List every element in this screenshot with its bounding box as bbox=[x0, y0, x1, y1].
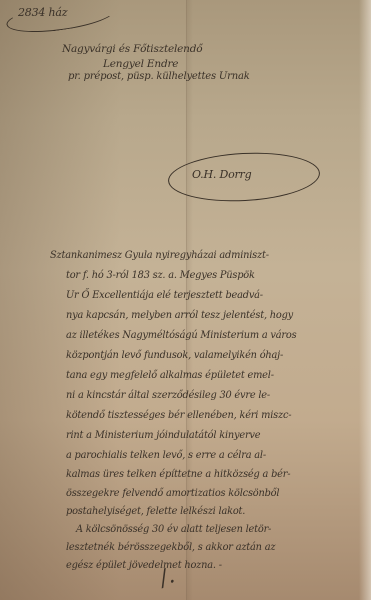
paper-edge bbox=[359, 0, 371, 600]
signature-stamp: O.H. Dorrg bbox=[192, 168, 251, 181]
body-line: egész épület jövedelmet hozna. - bbox=[66, 560, 222, 571]
address-line-2: Lengyel Endre bbox=[103, 58, 178, 70]
body-line: tana egy megfelelő alkalmas épületet eme… bbox=[66, 370, 274, 381]
body-line: központján levő fundusok, valamelyikén ó… bbox=[66, 350, 283, 361]
body-line: kötendő tisztességes bér ellenében, kéri… bbox=[66, 410, 291, 421]
address-line-1: Nagyvárgi és Főtisztelendő bbox=[62, 43, 202, 55]
body-line: rint a Ministerium jóindulatától kinyerv… bbox=[66, 430, 260, 441]
reference-number: 2834 ház bbox=[18, 6, 67, 19]
body-line: postahelyiséget, felette lelkészi lakot. bbox=[66, 506, 245, 517]
body-line: A kölcsönösség 30 év alatt teljesen letö… bbox=[76, 524, 271, 535]
body-line: tor f. hó 3-ról 183 sz. a. Megyes Püspök bbox=[66, 270, 255, 281]
address-line-3: pr. prépost, püsp. külhelyettes Urnak bbox=[68, 71, 250, 82]
body-line: a parochialis telken levő, s erre a célr… bbox=[66, 450, 266, 461]
body-line: Ur Ő Excellentiája elé terjesztett beadv… bbox=[66, 290, 263, 301]
body-line: az illetékes Nagyméltóságú Ministerium a… bbox=[66, 330, 296, 341]
document-page: 2834 ház Nagyvárgi és Főtisztelendő Leng… bbox=[0, 0, 371, 600]
body-line: nya kapcsán, melyben arról tesz jelentés… bbox=[66, 310, 293, 321]
body-line: Sztankanimesz Gyula nyiregyházai adminis… bbox=[50, 250, 269, 261]
body-line: ni a kincstár által szerződésileg 30 évr… bbox=[66, 390, 270, 401]
body-line: kalmas üres telken építtetne a hitközség… bbox=[66, 469, 290, 480]
body-line: lesztetnék bérösszegekből, s akkor aztán… bbox=[66, 542, 275, 553]
body-line: összegekre felvendő amortizatios kölcsön… bbox=[66, 488, 279, 499]
